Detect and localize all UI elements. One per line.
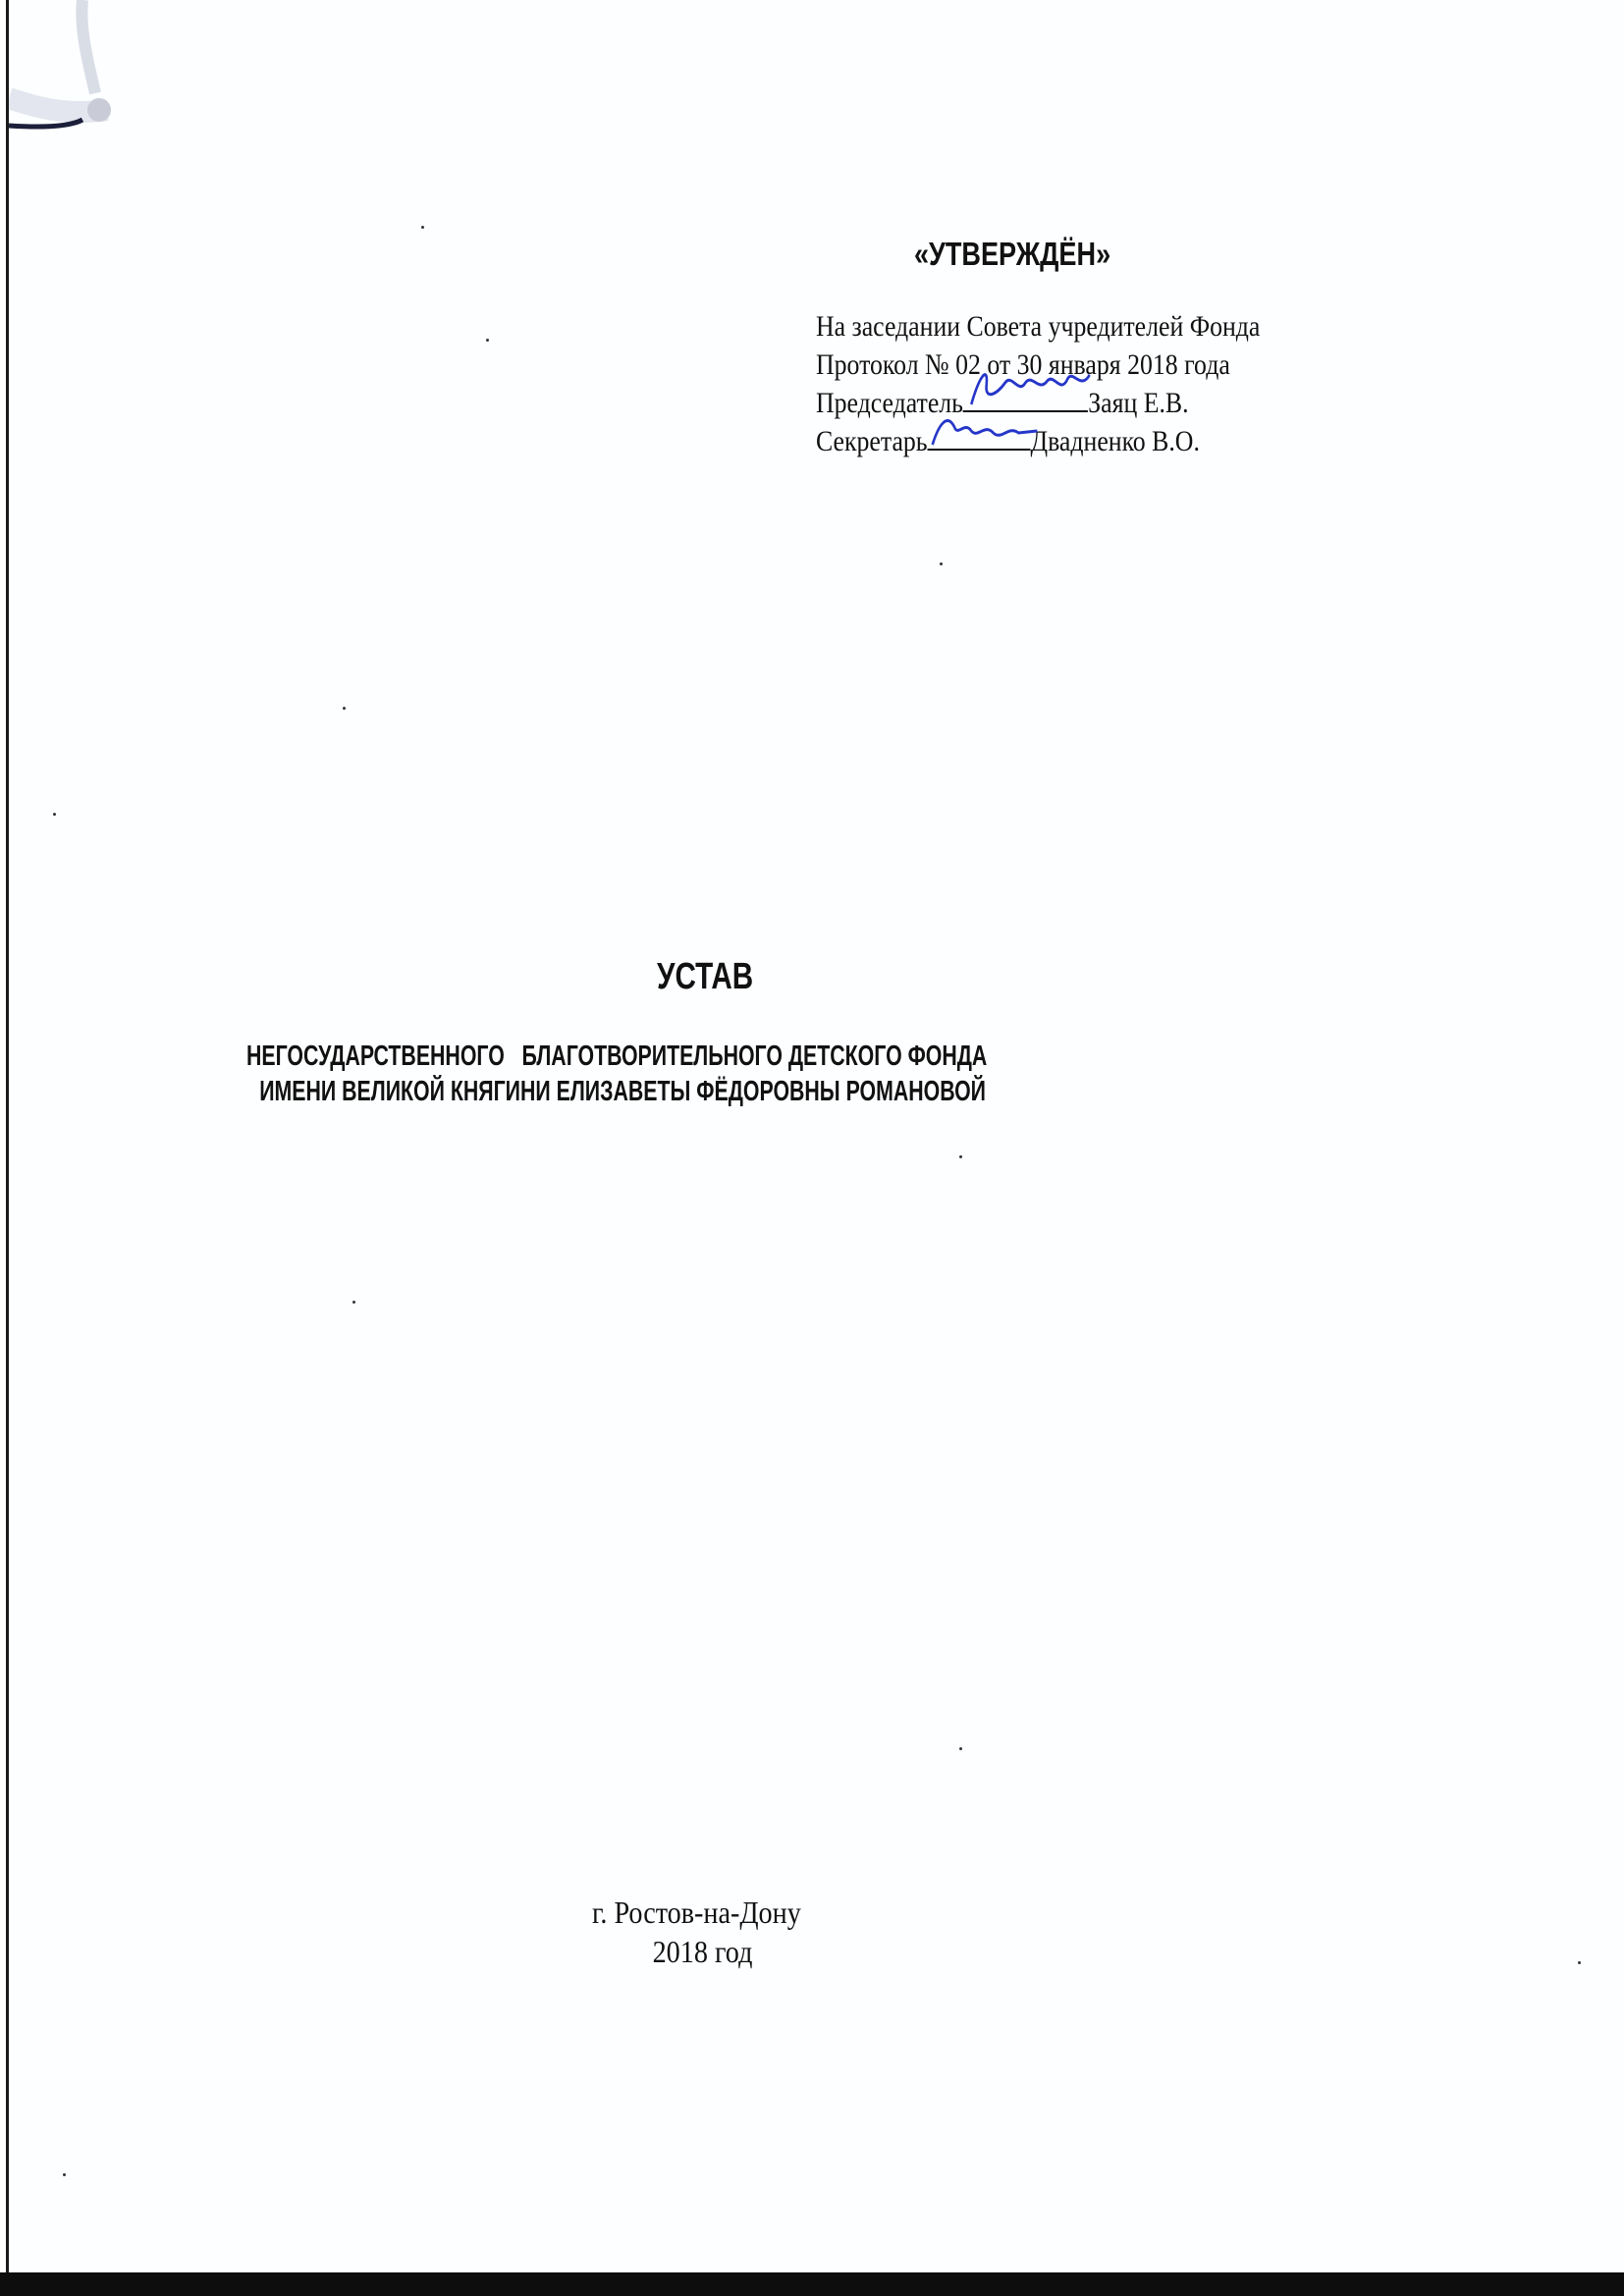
chairman-name: Заяц Е.В. bbox=[1088, 387, 1188, 419]
secretary-line: СекретарьДвадненко В.О. bbox=[816, 422, 1260, 460]
scan-speck bbox=[343, 707, 346, 710]
binding-thread-icon bbox=[9, 0, 117, 133]
document-subtitle: НЕГОСУДАРСТВЕННОГО БЛАГОТВОРИТЕЛЬНОГО ДЕ… bbox=[246, 1039, 987, 1109]
scan-speck bbox=[1578, 1961, 1581, 1964]
scanned-page: «УТВЕРЖДЁН» На заседании Совета учредите… bbox=[6, 0, 1624, 2272]
secretary-signature-icon bbox=[928, 403, 1063, 449]
subtitle-line-1: НЕГОСУДАРСТВЕННОГО БЛАГОТВОРИТЕЛЬНОГО ДЕ… bbox=[246, 1039, 987, 1074]
scan-speck bbox=[959, 1747, 962, 1750]
year: 2018 год bbox=[592, 1932, 801, 1971]
document-title: УСТАВ bbox=[657, 956, 753, 998]
scan-speck bbox=[421, 226, 424, 229]
meeting-line: На заседании Совета учредителей Фонда bbox=[816, 307, 1260, 346]
scan-speck bbox=[53, 813, 56, 816]
place-and-year: г. Ростов-на-Дону 2018 год bbox=[592, 1893, 801, 1971]
scan-speck bbox=[959, 1155, 962, 1158]
secretary-signature-line bbox=[928, 425, 1031, 451]
subtitle-line-2: ИМЕНИ ВЕЛИКОЙ КНЯГИНИ ЕЛИЗАВЕТЫ ФЁДОРОВН… bbox=[246, 1074, 987, 1109]
scan-speck bbox=[352, 1301, 355, 1304]
scan-speck bbox=[486, 339, 489, 342]
secretary-label: Секретарь bbox=[816, 425, 928, 457]
approved-stamp-title: «УТВЕРЖДЁН» bbox=[914, 236, 1110, 273]
scan-speck bbox=[940, 562, 943, 565]
scan-bottom-edge bbox=[0, 2272, 1624, 2296]
city: г. Ростов-на-Дону bbox=[592, 1893, 801, 1932]
scan-speck bbox=[63, 2173, 66, 2176]
